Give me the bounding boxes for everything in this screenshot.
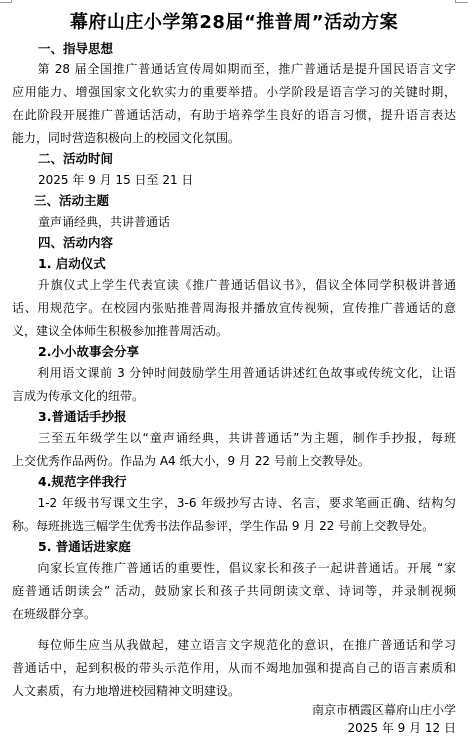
item-heading-mandarin-at-home: 5. 普通话进家庭 bbox=[38, 539, 131, 555]
paragraph-line: 言成为传承文化的纽带。 bbox=[12, 388, 456, 404]
paragraph-line: 升旗仪式上学生代表宣读《推广普通话倡议书》，倡议全体同学积极讲普通 bbox=[12, 277, 456, 293]
paragraph-line: 上交优秀作品两份。作品为 A4 纸大小，9 月 22 号前上交教导处。 bbox=[12, 453, 456, 469]
activity-theme-text: 童声诵经典，共讲普通话 bbox=[38, 214, 170, 230]
paragraph-line: 第 28 届全国推广普通话宣传周如期而至，推广普通话是提升国民语言文字 bbox=[12, 61, 456, 77]
section-heading-activity-theme: 三、活动主题 bbox=[34, 193, 109, 209]
document-title: 幕府山庄小学第28届“推普周”活动方案 bbox=[0, 8, 468, 34]
closing-line: 每位师生应当从我做起，建立语言文字规范化的意识，在推广普通话和学习 bbox=[12, 637, 456, 653]
signature-date: 2025 年 9 月 12 日 bbox=[347, 720, 456, 736]
paragraph-line: 利用语文课前 3 分钟时间鼓励学生用普通话讲述红色故事或传统文化，让语 bbox=[12, 365, 456, 381]
section-heading-guiding-idea: 一、指导思想 bbox=[38, 41, 113, 57]
paragraph-line: 话、用规范字。在校园内张贴推普周海报并播放宣传视频，宣传推广普通话的意 bbox=[12, 300, 456, 316]
paragraph-line: 庭普通话朗读会” 活动，鼓励家长和孩子共同朗读文章、诗词等，并录制视频 bbox=[12, 583, 456, 599]
page-corner-mark-right bbox=[455, 0, 468, 3]
item-heading-handwritten-newspaper: 3.普通话手抄报 bbox=[38, 409, 126, 425]
paragraph-line: 在此阶段开展推广普通话活动，有助于培养学生良好的语言习惯，提升语言表达 bbox=[12, 107, 456, 123]
paragraph-line: 义，建议全体师生积极参加推普周活动。 bbox=[12, 323, 456, 339]
section-heading-activity-time: 二、活动时间 bbox=[38, 151, 113, 167]
activity-time-text: 2025 年 9 月 15 日至 21 日 bbox=[38, 172, 193, 188]
item-heading-standard-characters: 4.规范字伴我行 bbox=[38, 474, 126, 490]
paragraph-line: 1-2 年级书写课文生字，3-6 年级抄写古诗、名言，要求笔画正确、结构匀 bbox=[12, 495, 456, 511]
paragraph-line: 称。每班挑选三幅学生优秀书法作品参评，学生作品 9 月 22 号前上交教导处。 bbox=[12, 518, 456, 534]
item-heading-story-sharing: 2.小小故事会分享 bbox=[38, 344, 139, 360]
paragraph-line: 在班级群分享。 bbox=[12, 606, 456, 622]
paragraph-line: 三至五年级学生以“童声诵经典，共讲普通话”为主题，制作手抄报，每班 bbox=[12, 430, 456, 446]
page-corner-mark-left bbox=[0, 0, 12, 3]
paragraph-line: 能力，同时营造积极向上的校园文化氛围。 bbox=[12, 130, 456, 146]
closing-line: 普通话中，起到积极的带头示范作用，从而不竭地加强和提高自己的语言素质和 bbox=[12, 660, 456, 676]
section-heading-activity-content: 四、活动内容 bbox=[38, 235, 113, 251]
item-heading-launch-ceremony: 1. 启动仪式 bbox=[38, 256, 106, 272]
closing-line: 人文素质，有力地增进校园精神文明建设。 bbox=[12, 683, 456, 699]
paragraph-line: 应用能力、增强国家文化软实力的重要举措。小学阶段是语言学习的关键时期， bbox=[12, 84, 456, 100]
signature-org: 南京市栖霞区幕府山庄小学 bbox=[312, 702, 456, 718]
paragraph-line: 向家长宣传推广普通话的重要性，倡议家长和孩子一起讲普通话。开展 “家 bbox=[12, 560, 456, 576]
